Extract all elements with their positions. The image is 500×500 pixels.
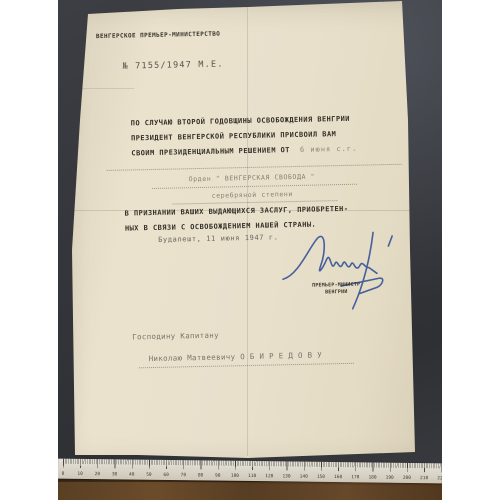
date-place-line: Будапешт, 11 июня 1947 г. bbox=[158, 233, 279, 244]
ruler-number: 100 bbox=[231, 474, 239, 479]
body-line-4: В ПРИЗНАНИИ ВАШИХ ВЫДАЮЩИХСЯ ЗАСЛУГ, ПРИ… bbox=[125, 205, 349, 218]
ruler-number: 120 bbox=[265, 474, 273, 479]
signature-title: ПРЕМЬЕР-МИНИСТР ВЕНГРИИ bbox=[296, 281, 376, 297]
ruler-number: 10 bbox=[77, 472, 82, 477]
ruler-number: 200 bbox=[403, 476, 411, 481]
letterhead: ВЕНГЕРСКОЕ ПРЕМЬЕР-МИНИСТЕРСТВО bbox=[96, 31, 221, 41]
document-paper: ВЕНГЕРСКОЕ ПРЕМЬЕР-МИНИСТЕРСТВО № 7155/1… bbox=[58, 0, 442, 470]
ruler-number: 130 bbox=[282, 474, 290, 479]
body-line-1: ПО СЛУЧАЮ ВТОРОЙ ГОДОВЩИНЫ ОСВОБОЖДЕНИЯ … bbox=[131, 115, 350, 128]
ruler-number: 210 bbox=[420, 476, 428, 481]
ruler-number: 110 bbox=[248, 474, 256, 479]
inserted-date: 6 июня с.г. bbox=[300, 145, 358, 154]
ruler-number: 80 bbox=[198, 473, 203, 478]
ruler-number: 90 bbox=[215, 474, 220, 479]
body-line-2: ПРЕЗИДЕНТ ВЕНГЕРСКОЙ РЕСПУБЛИКИ ПРИСВОИЛ… bbox=[131, 130, 336, 142]
ruler-number: 160 bbox=[334, 475, 342, 480]
award-class-line: серебряной степени bbox=[117, 188, 387, 202]
ruler-number: 170 bbox=[351, 475, 359, 480]
ruler-number: 0 bbox=[62, 472, 65, 477]
photo-of-document: ВЕНГЕРСКОЕ ПРЕМЬЕР-МИНИСТЕРСТВО № 7155/1… bbox=[0, 0, 500, 500]
addressee-line-2: Николаю Матвеевичу О Б И Р Е Д О В У bbox=[149, 350, 323, 363]
ruler-number: 150 bbox=[317, 475, 325, 480]
addressee-underline bbox=[139, 362, 354, 369]
ruler-number: 50 bbox=[146, 473, 151, 478]
body-line-3: СВОИМ ПРЕЗИДЕНЦИАЛЬНЫМ РЕШЕНИЕМ ОТ6 июня… bbox=[131, 145, 357, 158]
award-underline bbox=[152, 183, 357, 189]
document-content: ВЕНГЕРСКОЕ ПРЕМЬЕР-МИНИСТЕРСТВО № 7155/1… bbox=[58, 0, 442, 474]
ruler-number: 70 bbox=[181, 473, 186, 478]
photo-area: ВЕНГЕРСКОЕ ПРЕМЬЕР-МИНИСТЕРСТВО № 7155/1… bbox=[58, 0, 442, 500]
ruler-number: 190 bbox=[386, 476, 394, 481]
typed-rule-line bbox=[107, 163, 402, 171]
ruler-number: 30 bbox=[112, 472, 117, 477]
addressee-line-1: Господину Капитану bbox=[132, 331, 219, 342]
ruler-number: 180 bbox=[368, 475, 376, 480]
ruler-number: 40 bbox=[129, 473, 134, 478]
signature-ink bbox=[280, 223, 412, 316]
ruler-number: 140 bbox=[300, 475, 308, 480]
ruler-number: 60 bbox=[163, 473, 168, 478]
body-line-3-text: СВОИМ ПРЕЗИДЕНЦИАЛЬНЫМ РЕШЕНИЕМ ОТ bbox=[131, 146, 290, 157]
ruler-number: 20 bbox=[95, 472, 100, 477]
reference-number: № 7155/1947 М.Е. bbox=[122, 59, 223, 71]
ruler-number: 220 bbox=[437, 476, 442, 481]
